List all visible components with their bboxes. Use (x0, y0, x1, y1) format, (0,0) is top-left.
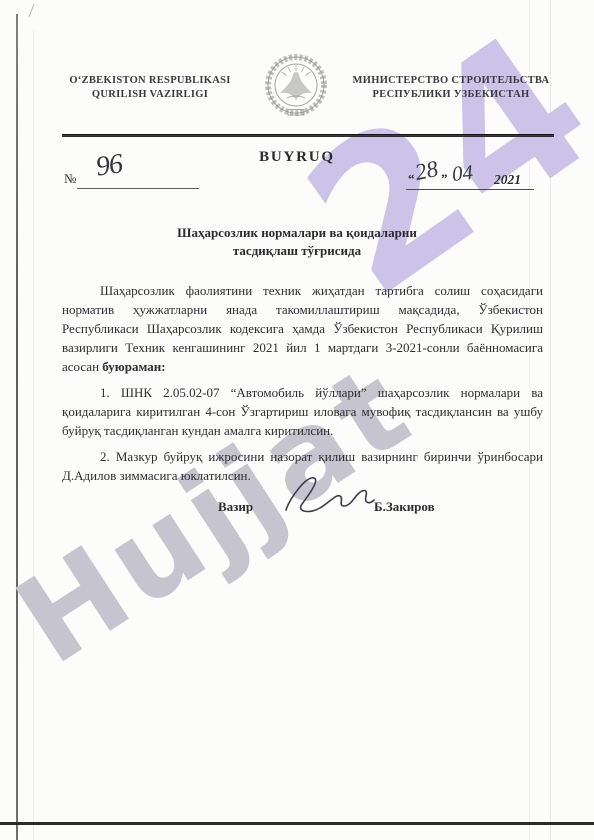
order-item-1: 1. ШНК 2.05.02-07 “Автомобиль йўллари” ш… (62, 383, 543, 440)
order-body: Шаҳарсозлик фаолиятини техник жиҳатдан т… (62, 281, 543, 492)
state-emblem-icon (257, 53, 335, 121)
ministry-name-uz-line2: QURILISH VAZIRLIGI (40, 88, 260, 102)
scanned-order-document: Hujjat 24 O‘ZBEKISTON RESPUBLIKASI QURIL… (0, 0, 594, 840)
ministry-name-ru-line2: РЕСПУБЛИКИ УЗБЕКИСТАН (338, 88, 564, 102)
order-number-label: № (64, 171, 76, 187)
date-close-quote: ” (441, 171, 448, 187)
ministry-name-uz-line1: O‘ZBEKISTON RESPUBLIKASI (40, 74, 260, 88)
minister-position-label: Вазир (218, 499, 253, 515)
minister-name: Б.Закиров (374, 499, 435, 515)
order-preamble: Шаҳарсозлик фаолиятини техник жиҳатдан т… (62, 281, 543, 376)
date-year-value: 2021 (494, 172, 521, 188)
order-number-value: 96 (94, 148, 124, 183)
ministry-name-ru: МИНИСТЕРСТВО СТРОИТЕЛЬСТВА РЕСПУБЛИКИ УЗ… (338, 74, 564, 102)
date-open-quote: “ (408, 171, 415, 187)
minister-signature-icon (280, 470, 380, 522)
order-subject-line2: тасдиқлаш тўғрисида (97, 242, 497, 260)
order-subject-line1: Шаҳарсозлик нормалари ва қоидаларни (97, 224, 497, 242)
document-content: O‘ZBEKISTON RESPUBLIKASI QURILISH VAZIRL… (0, 0, 594, 840)
ministry-name-ru-line1: МИНИСТЕРСТВО СТРОИТЕЛЬСТВА (338, 74, 564, 88)
order-preamble-emphasis: буюраман: (102, 359, 165, 374)
order-date-underline (406, 189, 534, 190)
doc-type-title: BUYRUQ (0, 149, 594, 166)
order-number-underline (77, 188, 199, 189)
date-month-value: 04 (451, 160, 474, 187)
order-subject-title: Шаҳарсозлик нормалари ва қоидаларни тасд… (97, 224, 497, 259)
ministry-name-uz: O‘ZBEKISTON RESPUBLIKASI QURILISH VAZIRL… (40, 74, 260, 102)
header-rule (62, 134, 554, 137)
